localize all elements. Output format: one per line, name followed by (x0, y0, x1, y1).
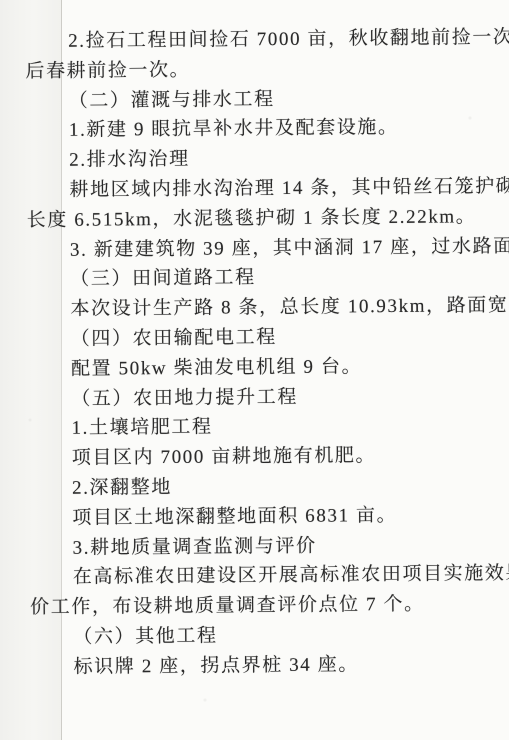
document-text: 2.捡石工程田间捡石 7000 亩，秋收翻地前捡一次，翻地 后春耕前捡一次。 （… (25, 23, 501, 683)
body-text-line: 项目区土地深翻整地面积 6831 亩。 (29, 500, 499, 534)
body-text-line: 3.耕地质量调查监测与评价 (29, 530, 499, 564)
section-heading-line: （五）农田地力提升工程 (28, 381, 498, 415)
body-text-line: 3. 新建建筑物 39 座，其中涵洞 17 座，过水路面 22 座。 (27, 232, 497, 266)
body-text-line: 本次设计生产路 8 条，总长度 10.93km，路面宽 3m-4m， (27, 291, 497, 325)
body-text-line: 配置 50kw 柴油发电机组 9 台。 (28, 351, 498, 385)
body-text-line: 耕地区域内排水沟治理 14 条，其中铅丝石笼护砌 13 条 (26, 172, 496, 206)
body-text-line: 2.捡石工程田间捡石 7000 亩，秋收翻地前捡一次，翻地 (25, 23, 495, 57)
section-heading-line: （四）农田输配电工程 (28, 321, 498, 355)
section-heading-line: （三）田间道路工程 (27, 261, 497, 295)
body-text-line: 价工作，布设耕地质量调查评价点位 7 个。 (30, 589, 500, 623)
body-text-line: 长度 6.515km，水泥毯毯护砌 1 条长度 2.22km。 (27, 202, 497, 236)
body-text-line: 项目区内 7000 亩耕地施有机肥。 (29, 440, 499, 474)
body-text-line: 1.土壤培肥工程 (28, 410, 498, 444)
section-heading-line: （六）其他工程 (30, 619, 500, 653)
body-text-line: 1.新建 9 眼抗旱补水井及配套设施。 (26, 112, 496, 146)
body-text-line: 在高标准农田建设区开展高标准农田项目实施效果评 (30, 559, 500, 593)
section-heading-line: （二）灌溉与排水工程 (26, 83, 496, 117)
body-text-line: 2.排水沟治理 (26, 142, 496, 176)
body-text-line: 2.深翻整地 (29, 470, 499, 504)
body-text-line: 标识牌 2 座，拐点界桩 34 座。 (30, 649, 500, 683)
document-page: 2.捡石工程田间捡石 7000 亩，秋收翻地前捡一次，翻地 后春耕前捡一次。 （… (0, 0, 509, 740)
body-text-line: 后春耕前捡一次。 (25, 53, 495, 87)
